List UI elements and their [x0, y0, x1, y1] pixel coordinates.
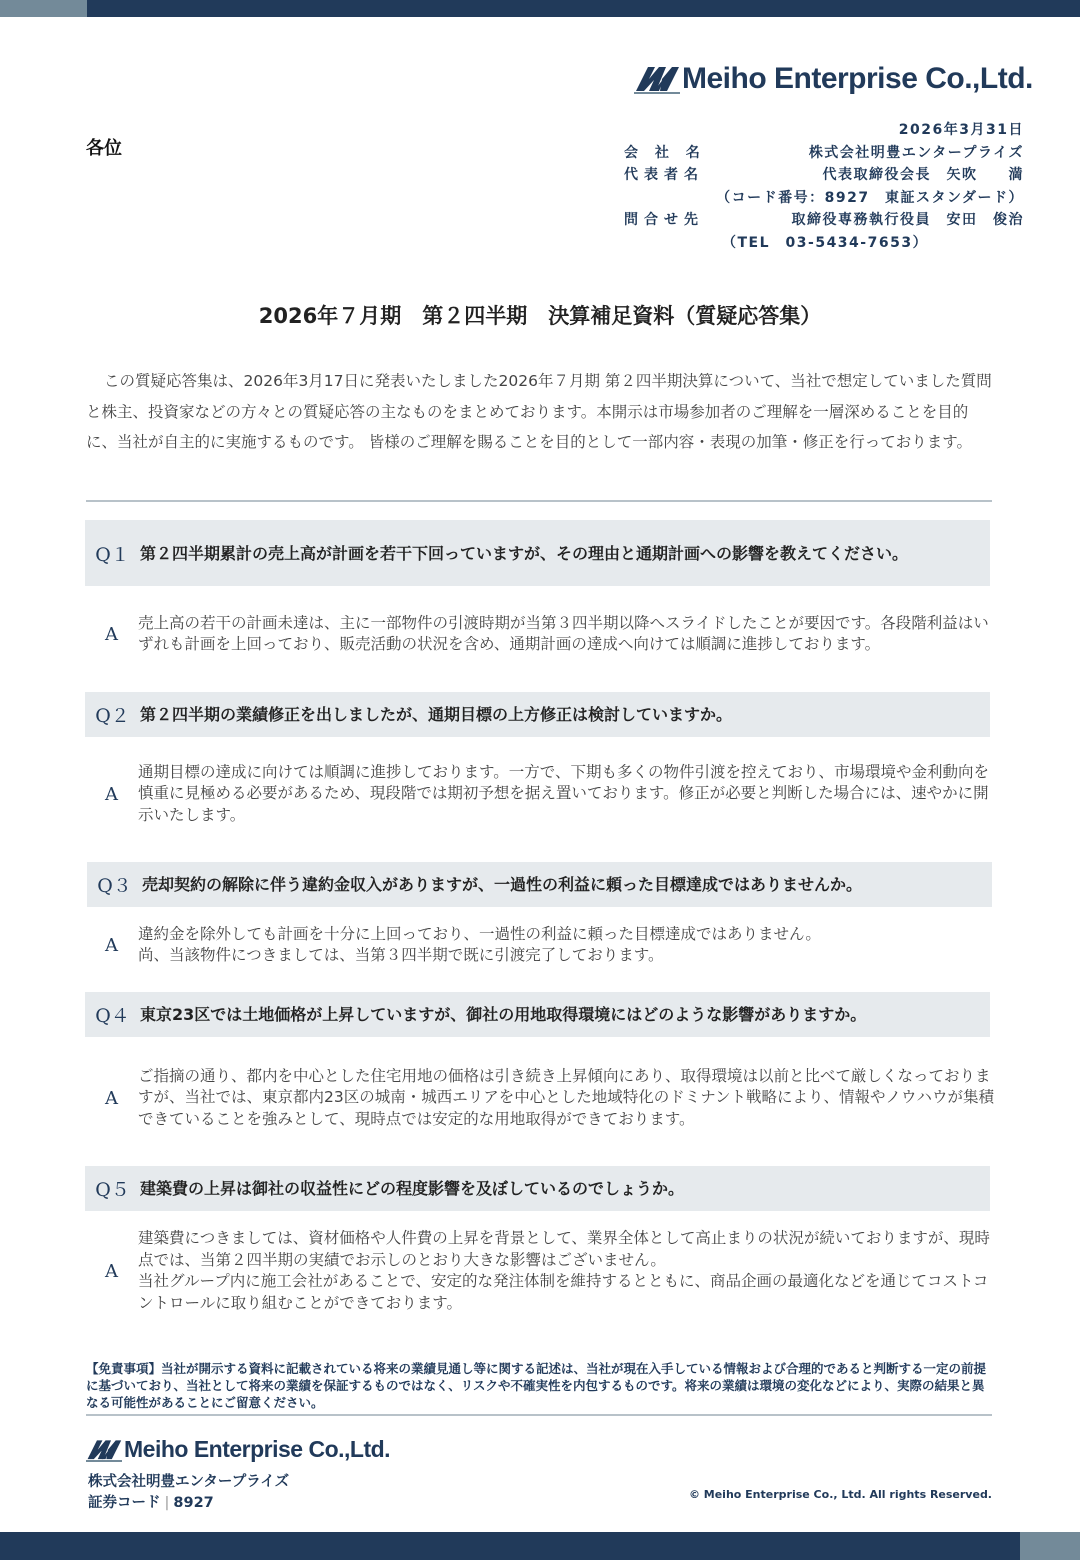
answer-1: A 売上高の若干の計画未達は、主に一部物件の引渡時期が当第３四半期以降へスライド… [85, 600, 1000, 668]
footer-company-name: 株式会社明豊エンタープライズ [88, 1472, 289, 1493]
representative-row: 代表者名 代表取締役会長 矢吹 満 [624, 164, 1024, 187]
contact-tel: （TEL 03-5434-7653） [624, 232, 1024, 255]
question-1: Q１ 第２四半期累計の売上高が計画を若干下回っていますが、その理由と通期計画への… [85, 520, 990, 586]
answer-label: A [85, 624, 138, 645]
question-2: Q２ 第２四半期の業績修正を出しましたが、通期目標の上方修正は検討していますか。 [85, 692, 990, 737]
logo-mark-icon [86, 1438, 122, 1462]
footer-company-info: 株式会社明豊エンタープライズ 証券コード|8927 [88, 1472, 289, 1514]
stock-code-note: （コード番号：8927 東証スタンダード） [624, 187, 1024, 210]
company-name-label: 会 社 名 [624, 142, 714, 165]
footer-divider [86, 1414, 992, 1416]
question-number: Q３ [87, 871, 142, 898]
answer-text: 売上高の若干の計画未達は、主に一部物件の引渡時期が当第３四半期以降へスライドした… [138, 613, 1000, 656]
answer-3: A 違約金を除外しても計画を十分に上回っており、一過性の利益に頼った目標達成では… [85, 922, 1000, 968]
securities-code-value: 8927 [173, 1495, 213, 1511]
logo-text: Meiho Enterprise Co.,Ltd. [124, 1436, 390, 1463]
release-date: 2026年3月31日 [624, 119, 1024, 142]
copyright: © Meiho Enterprise Co., Ltd. All rights … [689, 1488, 992, 1501]
question-4: Q４ 東京23区では土地価格が上昇していますが、御社の用地取得環境にはどのような… [85, 992, 990, 1037]
question-number: Q２ [85, 701, 140, 728]
footer-securities-code: 証券コード|8927 [88, 1493, 289, 1514]
company-info-block: 2026年3月31日 会 社 名 株式会社明豊エンタープライズ 代表者名 代表取… [624, 119, 1024, 254]
question-text: 建築費の上昇は御社の収益性にどの程度影響を及ぼしているのでしょうか。 [140, 1178, 702, 1199]
company-logo-footer: Meiho Enterprise Co.,Ltd. [86, 1436, 390, 1463]
question-5: Q５ 建築費の上昇は御社の収益性にどの程度影響を及ぼしているのでしょうか。 [85, 1166, 990, 1211]
representative-value: 代表取締役会長 矢吹 満 [823, 164, 1025, 187]
answer-label: A [85, 1261, 138, 1282]
question-number: Q５ [85, 1175, 140, 1202]
question-text: 第２四半期の業績修正を出しましたが、通期目標の上方修正は検討していますか。 [140, 704, 750, 725]
bottom-banner-accent [1020, 1532, 1080, 1560]
question-number: Q４ [85, 1001, 140, 1028]
logo-mark-icon [634, 64, 680, 94]
answer-label: A [85, 1088, 138, 1109]
separator: | [165, 1495, 170, 1511]
answer-2: A 通期目標の達成に向けては順調に進捗しております。一方で、下期も多くの物件引渡… [85, 760, 1000, 828]
answer-line: 違約金を除外しても計画を十分に上回っており、一過性の利益に頼った目標達成ではあり… [138, 924, 821, 946]
answer-line: 尚、当該物件につきましては、当第３四半期で既に引渡完了しております。 [138, 945, 821, 967]
answer-text: 通期目標の達成に向けては順調に進捗しております。一方で、下期も多くの物件引渡を控… [138, 762, 1000, 827]
question-text: 第２四半期累計の売上高が計画を若干下回っていますが、その理由と通期計画への影響を… [140, 543, 926, 564]
company-logo-header: Meiho Enterprise Co.,Ltd. [634, 62, 1033, 96]
answer-line: 当社グループ内に施工会社があることで、安定的な発注体制を維持するとともに、商品企… [138, 1271, 1000, 1314]
addressee: 各位 [86, 134, 122, 160]
company-name-value: 株式会社明豊エンタープライズ [809, 142, 1024, 165]
company-name-row: 会 社 名 株式会社明豊エンタープライズ [624, 142, 1024, 165]
answer-label: A [85, 784, 138, 805]
contact-label: 問合せ先 [624, 209, 714, 232]
answer-line: 建築費につきましては、資材価格や人件費の上昇を背景として、業界全体として高止まり… [138, 1228, 1000, 1271]
top-banner-accent [0, 0, 87, 17]
section-divider [86, 500, 992, 502]
answer-text: 建築費につきましては、資材価格や人件費の上昇を背景として、業界全体として高止まり… [138, 1228, 1000, 1314]
question-number: Q１ [85, 540, 140, 567]
contact-row: 問合せ先 取締役専務執行役員 安田 俊治 [624, 209, 1024, 232]
question-text: 売却契約の解除に伴う違約金収入がありますが、一過性の利益に頼った目標達成ではあり… [142, 874, 880, 895]
question-3: Q３ 売却契約の解除に伴う違約金収入がありますが、一過性の利益に頼った目標達成で… [87, 862, 992, 907]
representative-label: 代表者名 [624, 164, 714, 187]
answer-5: A 建築費につきましては、資材価格や人件費の上昇を背景として、業界全体として高止… [85, 1226, 1000, 1316]
contact-person: 取締役専務執行役員 安田 俊治 [792, 209, 1025, 232]
bottom-banner [0, 1532, 1080, 1560]
answer-text: ご指摘の通り、都内を中心とした住宅用地の価格は引き続き上昇傾向にあり、取得環境は… [138, 1066, 1000, 1131]
top-banner [0, 0, 1080, 17]
question-text: 東京23区では土地価格が上昇していますが、御社の用地取得環境にはどのような影響が… [140, 1004, 884, 1025]
answer-4: A ご指摘の通り、都内を中心とした住宅用地の価格は引き続き上昇傾向にあり、取得環… [85, 1053, 1000, 1143]
answer-text: 違約金を除外しても計画を十分に上回っており、一過性の利益に頼った目標達成ではあり… [138, 924, 821, 967]
answer-label: A [85, 935, 138, 956]
logo-text: Meiho Enterprise Co.,Ltd. [682, 62, 1033, 96]
disclaimer: 【免責事項】当社が開示する資料に記載されている将来の業績見通し等に関する記述は、… [86, 1360, 996, 1411]
securities-code-label: 証券コード [88, 1495, 161, 1511]
document-title: 2026年７月期 第２四半期 決算補足資料（質疑応答集） [0, 300, 1080, 330]
intro-paragraph: この質疑応答集は、2026年3月17日に発表いたしました2026年７月期 第２四… [86, 366, 992, 458]
